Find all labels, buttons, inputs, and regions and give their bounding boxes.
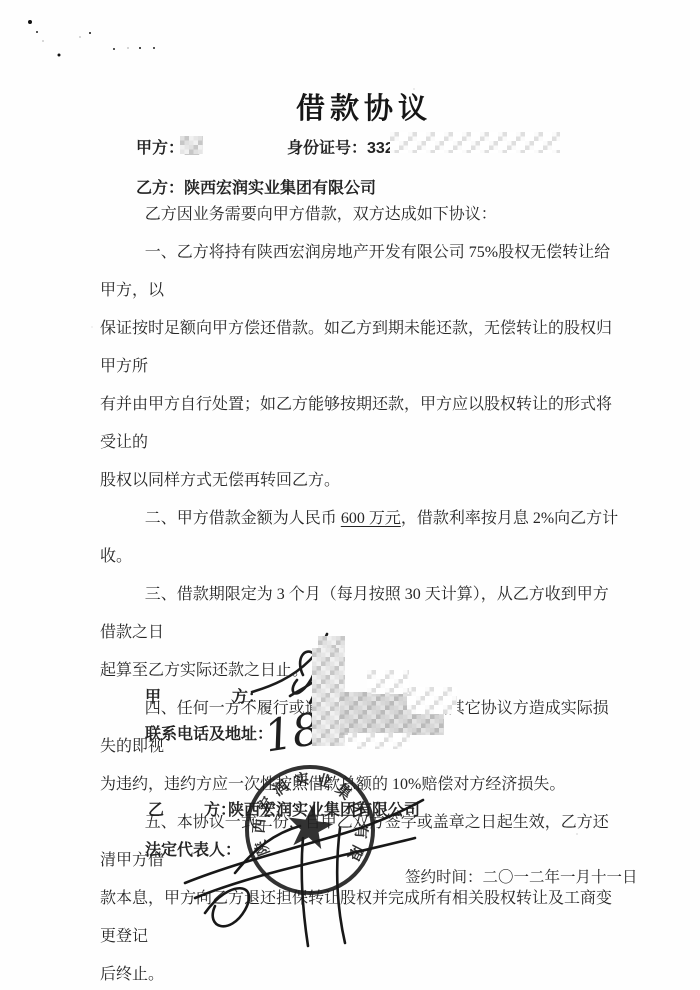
party-b-name: 陕西宏润实业集团有限公司 [184, 180, 376, 197]
intro-paragraph: 乙方因业务需要向甲方借款，双方达成如下协议： [100, 196, 624, 234]
legal-rep-signature [175, 778, 445, 958]
document-title: 借款协议 [296, 86, 432, 127]
address-redaction [348, 733, 410, 749]
party-b-line: 乙方：陕西宏润实业集团有限公司 [136, 175, 376, 198]
party-a-label: 甲方： [136, 140, 184, 157]
address-redaction [407, 687, 457, 714]
loan-amount-underlined: 600 万元 [341, 510, 401, 527]
signature-stroke [205, 888, 249, 926]
id-label: 身份证号： [287, 140, 367, 157]
clause-1: 一、乙方将持有陕西宏润房地产开发有限公司 75%股权无偿转让给甲方，以 保证按时… [100, 234, 624, 500]
signature-stroke [302, 838, 308, 946]
id-number-redaction [390, 132, 560, 153]
clause-2: 二、甲方借款金额为人民币 600 万元，借款利率按月息 2%向乙方计收。 [100, 500, 624, 576]
party-a-id-line: 身份证号：332 [287, 135, 394, 158]
party-a-sign-char: 甲 [145, 684, 161, 707]
signature-redaction [367, 670, 409, 694]
contact-label: 联系电话及地址： [145, 721, 273, 744]
party-b-label: 乙方： [136, 180, 184, 197]
document-page: 借款协议 甲方：王 身份证号：332 乙方：陕西宏润实业集团有限公司 乙方因业务… [0, 0, 700, 990]
sign-date-value: 二〇一二年一月十一日 [483, 869, 638, 886]
signature-stroke [337, 828, 345, 943]
party-b-sign-char: 乙 [148, 797, 164, 820]
clause-2-pre: 二、甲方借款金额为人民币 [145, 510, 341, 527]
party-a-name-redaction [180, 136, 203, 154]
scan-ink-specks [28, 20, 32, 24]
